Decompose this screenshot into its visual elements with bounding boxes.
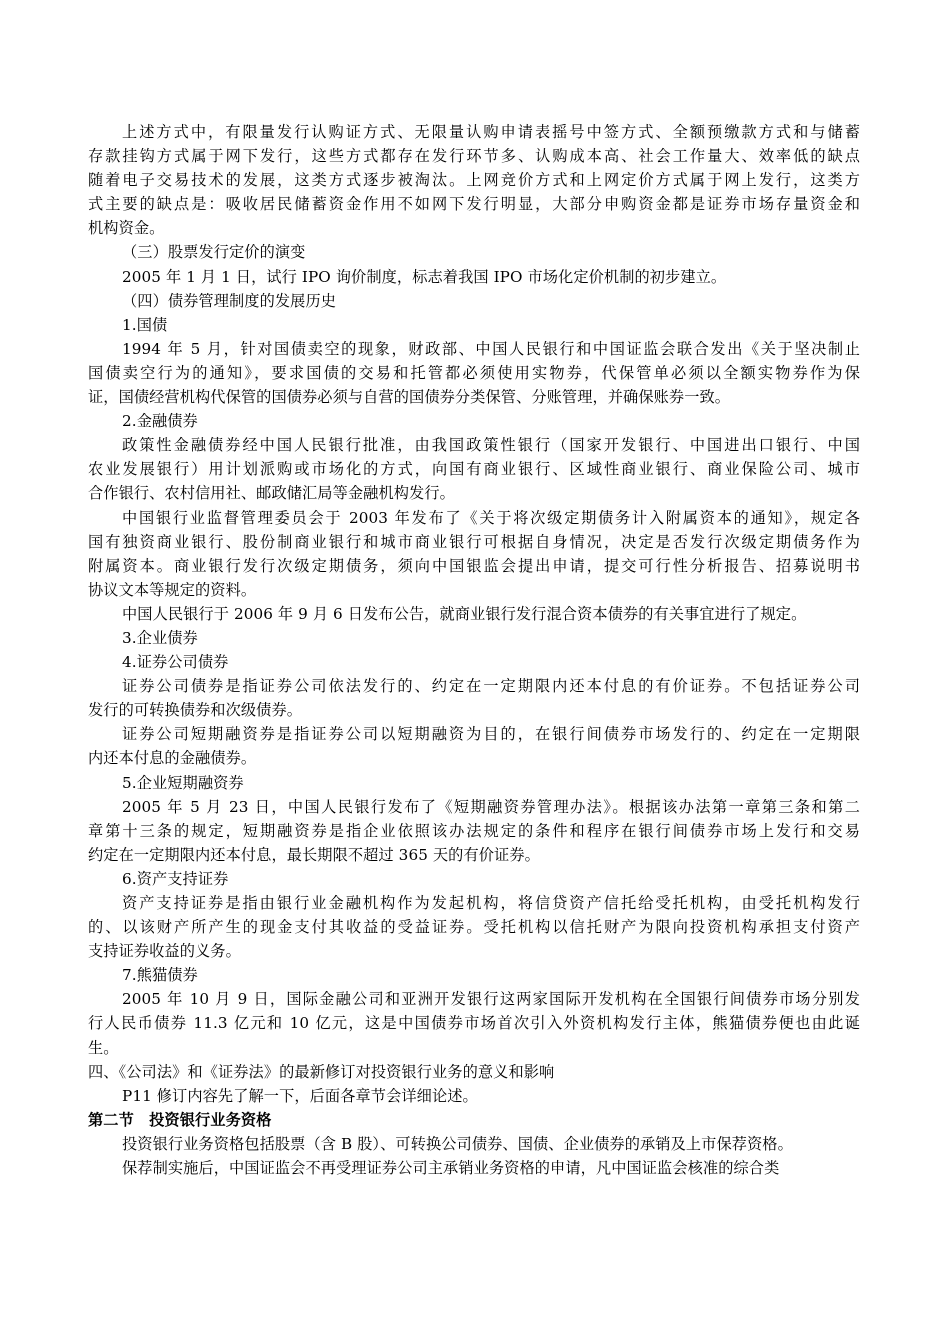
paragraph-line: 内还本付息的金融债券。 — [88, 746, 860, 770]
item-heading-panda-bonds: 7.熊猫债券 — [88, 963, 860, 987]
paragraph-line: 行人民币债券 11.3 亿元和 10 亿元，这是中国债券市场首次引入外资机构发行… — [88, 1011, 860, 1035]
paragraph-line: 上述方式中，有限量发行认购证方式、无限量认购申请表摇号中签方式、全额预缴款方式和… — [88, 120, 860, 144]
paragraph-hybrid-capital: 中国人民银行于 2006 年 9 月 6 日发布公告，就商业银行发行混合资本债券… — [88, 602, 860, 626]
paragraph-line: 中国银行业监督管理委员会于 2003 年发布了《关于将次级定期债务计入附属资本的… — [88, 506, 860, 530]
paragraph-p11-note: P11 修订内容先了解一下，后面各章节会详细论述。 — [88, 1084, 860, 1108]
paragraph-line: 资产支持证券是指由银行业金融机构作为发起机构，将信贷资产信托给受托机构，由受托机… — [88, 891, 860, 915]
paragraph-line: 生。 — [88, 1036, 860, 1060]
paragraph-ipo-inquiry: 2005 年 1 月 1 日，试行 IPO 询价制度，标志着我国 IPO 市场化… — [88, 265, 860, 289]
paragraph-line: 农业发展银行）用计划派购或市场化的方式，向国有商业银行、区域性商业银行、商业保险… — [88, 457, 860, 481]
subheading-stock-pricing: （三）股票发行定价的演变 — [88, 240, 860, 264]
paragraph-line: 1994 年 5 月，针对国债卖空的现象，财政部、中国人民银行和中国证监会联合发… — [88, 337, 860, 361]
paragraph-line: 2005 年 10 月 9 日，国际金融公司和亚洲开发银行这两家国际开发机构在全… — [88, 987, 860, 1011]
paragraph-ib-qualifications: 投资银行业务资格包括股票（含 B 股）、可转换公司债券、国债、企业债券的承销及上… — [88, 1132, 860, 1156]
paragraph-line: 发行的可转换债券和次级债券。 — [88, 698, 860, 722]
paragraph-line: 证，国债经营机构代保管的国债券必须与自营的国债券分类保管、分账管理，并确保账券一… — [88, 385, 860, 409]
item-heading-treasury: 1.国债 — [88, 313, 860, 337]
paragraph-line: 证券公司债券是指证券公司依法发行的、约定在一定期限内还本付息的有价证券。不包括证… — [88, 674, 860, 698]
section-heading-law-revisions: 四、《公司法》和《证券法》的最新修订对投资银行业务的意义和影响 — [88, 1060, 860, 1084]
paragraph-line: 2005 年 5 月 23 日，中国人民银行发布了《短期融资券管理办法》。根据该… — [88, 795, 860, 819]
document-page: 上述方式中，有限量发行认购证方式、无限量认购申请表摇号中签方式、全额预缴款方式和… — [88, 120, 860, 1180]
paragraph-line: 的、以该财产所产生的现金支付其收益的受益证券。受托机构以信托财产为限向投资机构承… — [88, 915, 860, 939]
paragraph-line: 国债卖空行为的通知》，要求国债的交易和托管都必须使用实物券，代保管单必须以全额实… — [88, 361, 860, 385]
chapter-heading-section-two: 第二节 投资银行业务资格 — [88, 1108, 860, 1132]
paragraph-line: 式主要的缺点是：吸收居民储蓄资金作用不如网下发行明显，大部分申购资金都是证券市场… — [88, 192, 860, 216]
paragraph-sponsorship-system: 保荐制实施后，中国证监会不再受理证券公司主承销业务资格的申请，凡中国证监会核准的… — [88, 1156, 860, 1180]
item-heading-securities-company-bonds: 4.证券公司债券 — [88, 650, 860, 674]
paragraph-line: 合作银行、农村信用社、邮政储汇局等金融机构发行。 — [88, 481, 860, 505]
paragraph-line: 协议文本等规定的资料。 — [88, 578, 860, 602]
paragraph-line: 存款挂钩方式属于网下发行，这些方式都存在发行环节多、认购成本高、社会工作量大、效… — [88, 144, 860, 168]
paragraph-line: 政策性金融债券经中国人民银行批准，由我国政策性银行（国家开发银行、中国进出口银行… — [88, 433, 860, 457]
paragraph-line: 约定在一定期限内还本付息，最长期限不超过 365 天的有价证券。 — [88, 843, 860, 867]
subheading-bond-history: （四）债券管理制度的发展历史 — [88, 289, 860, 313]
paragraph-line: 国有独资商业银行、股份制商业银行和城市商业银行可根据自身情况，决定是否发行次级定… — [88, 530, 860, 554]
paragraph-line: 机构资金。 — [88, 216, 860, 240]
item-heading-asset-backed: 6.资产支持证券 — [88, 867, 860, 891]
paragraph-line: 章第十三条的规定，短期融资券是指企业依照该办法规定的条件和程序在银行间债券市场上… — [88, 819, 860, 843]
paragraph-line: 随着电子交易技术的发展，这类方式逐步被淘汰。上网竞价方式和上网定价方式属于网上发… — [88, 168, 860, 192]
paragraph-line: 附属资本。商业银行发行次级定期债务，须向中国银监会提出申请，提交可行性分析报告、… — [88, 554, 860, 578]
paragraph-line: 支持证券收益的义务。 — [88, 939, 860, 963]
item-heading-financial-bonds: 2.金融债券 — [88, 409, 860, 433]
item-heading-enterprise-bonds: 3.企业债券 — [88, 626, 860, 650]
paragraph-line: 证券公司短期融资券是指证券公司以短期融资为目的，在银行间债券市场发行的、约定在一… — [88, 722, 860, 746]
item-heading-short-term-notes: 5.企业短期融资券 — [88, 771, 860, 795]
